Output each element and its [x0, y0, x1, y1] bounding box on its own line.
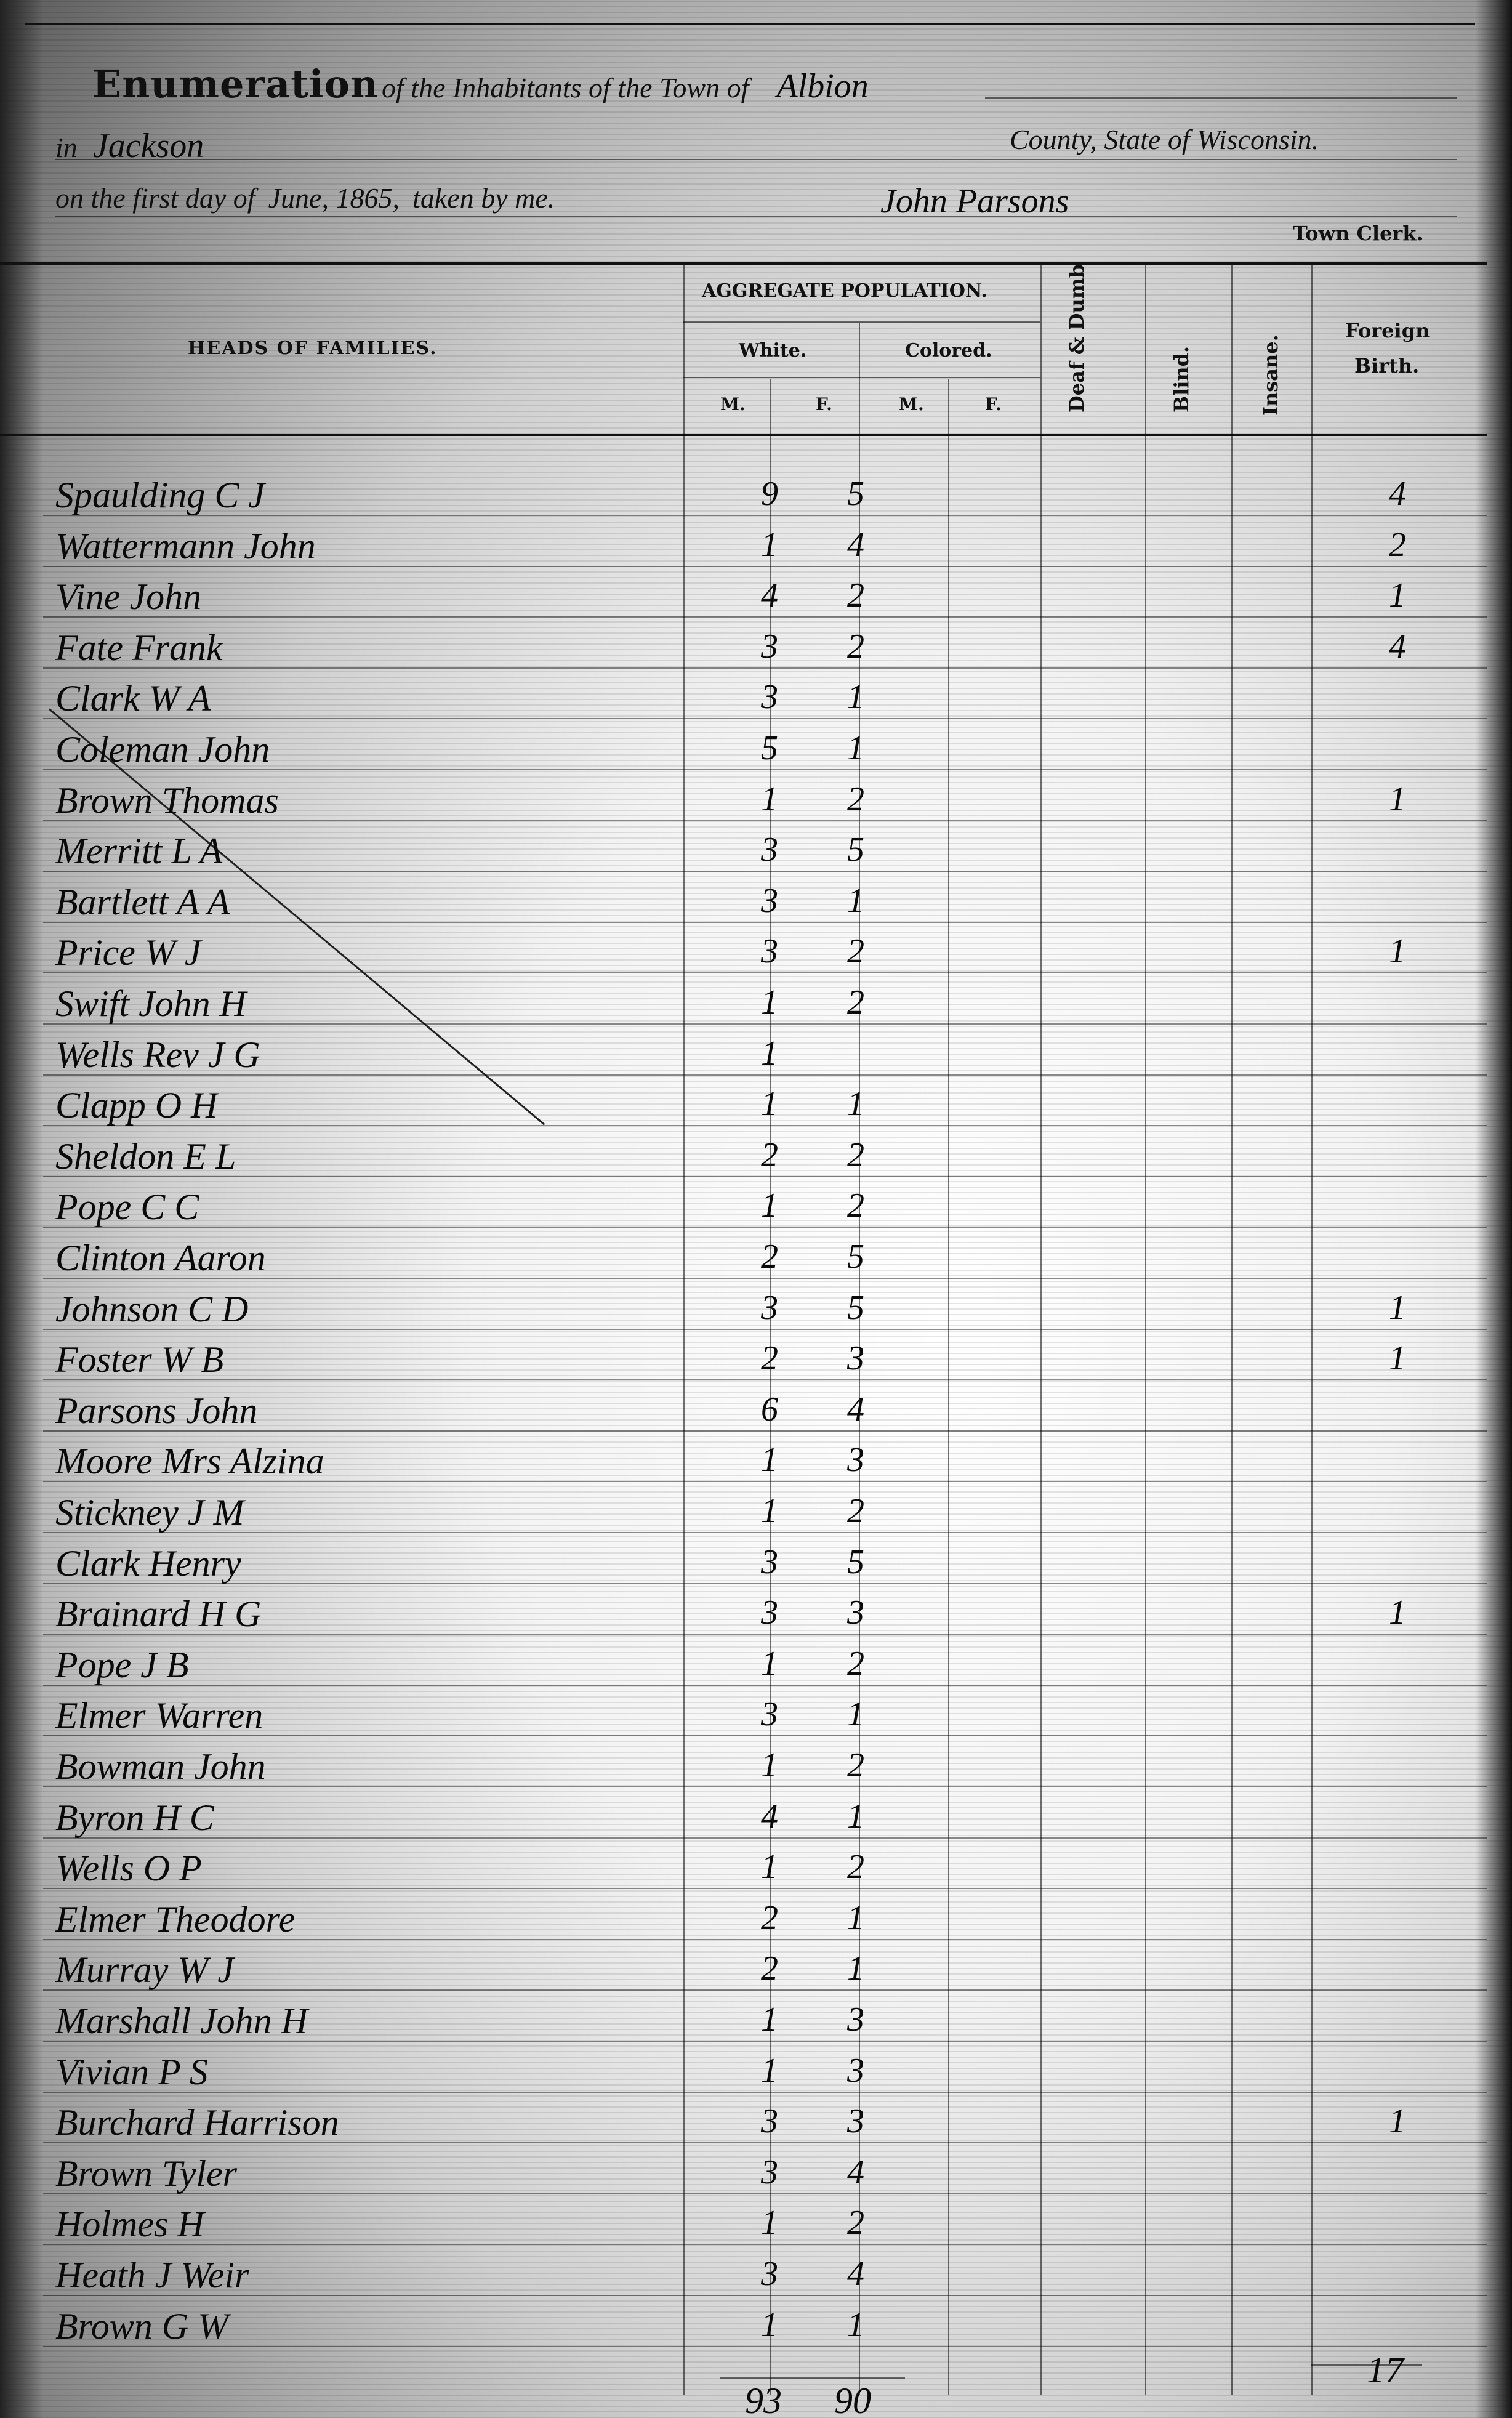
row-rule [43, 566, 1487, 567]
table-row: Price W J321 [0, 932, 1512, 973]
title-line: Enumeration of the Inhabitants of the To… [92, 62, 869, 107]
town-underline [985, 97, 1457, 99]
white-male-count: 2 [751, 1898, 788, 1938]
white-female-count: 2 [837, 1491, 874, 1531]
row-rule [43, 1634, 1487, 1635]
row-rule [43, 1379, 1487, 1380]
row-rule [43, 1329, 1487, 1330]
date-underline [55, 216, 1457, 217]
table-row: Clapp O H11 [0, 1084, 1512, 1126]
white-male-count: 1 [751, 1186, 788, 1225]
taken-by-label: taken by me. [412, 182, 555, 214]
white-female-count: 5 [837, 1237, 874, 1276]
white-male-count: 3 [751, 2153, 788, 2192]
white-male-count: 3 [751, 830, 788, 869]
white-male-count: 1 [751, 780, 788, 819]
colored-f-header: F. [985, 394, 1002, 414]
white-female-count: 1 [837, 728, 874, 768]
foreign-birth-count: 1 [1379, 1288, 1416, 1328]
date-prefix: on the first day of [55, 182, 255, 214]
table-row: Brown G W11 [0, 2305, 1512, 2347]
head-of-family-name: Elmer Theodore [55, 1898, 295, 1941]
row-rule [43, 2346, 1487, 2347]
head-of-family-name: Murray W J [55, 1949, 234, 1991]
row-rule [43, 616, 1487, 618]
table-row: Vine John421 [0, 576, 1512, 618]
head-of-family-name: Coleman John [55, 728, 270, 771]
table-row: Heath J Weir34 [0, 2254, 1512, 2296]
white-male-count: 1 [751, 1644, 788, 1683]
table-row: Merritt L A35 [0, 830, 1512, 872]
deaf-dumb-header: Deaf & Dumb [1065, 264, 1088, 413]
white-female-count: 2 [837, 983, 874, 1022]
row-rule [43, 2193, 1487, 2194]
table-row: Swift John H12 [0, 983, 1512, 1025]
white-male-count: 1 [751, 2203, 788, 2243]
head-of-family-name: Moore Mrs Alzina [55, 1440, 324, 1483]
head-of-family-name: Sheldon E L [55, 1135, 236, 1178]
foreign-birth-count: 1 [1379, 932, 1416, 971]
aggregate-population-header: AGGREGATE POPULATION. [702, 280, 987, 302]
foreign-birth-header-1: Foreign [1345, 319, 1430, 342]
table-row: Marshall John H13 [0, 2000, 1512, 2042]
foreign-birth-header-2: Birth. [1354, 354, 1419, 377]
white-female-count: 4 [837, 2153, 874, 2192]
head-of-family-name: Bartlett A A [55, 881, 230, 924]
table-row: Brown Thomas121 [0, 780, 1512, 821]
date-line: on the first day of June, 1865, taken by… [55, 182, 555, 214]
head-of-family-name: Pope C C [55, 1186, 199, 1228]
table-row: Elmer Theodore21 [0, 1898, 1512, 1940]
head-of-family-name: Price W J [55, 932, 201, 974]
table-top-rule [0, 262, 1487, 265]
row-rule [43, 1176, 1487, 1177]
table-row: Clark Henry35 [0, 1542, 1512, 1584]
white-female-count: 5 [837, 1288, 874, 1328]
table-row: Brainard H G331 [0, 1593, 1512, 1635]
white-female-count: 1 [837, 1797, 874, 1836]
white-female-count: 5 [837, 1542, 874, 1582]
table-row: Johnson C D351 [0, 1288, 1512, 1330]
row-rule [43, 972, 1487, 973]
head-of-family-name: Marshall John H [55, 2000, 308, 2042]
table-row: Clinton Aaron25 [0, 1237, 1512, 1279]
colored-header: Colored. [905, 340, 992, 361]
white-male-count: 2 [751, 1339, 788, 1378]
table-row: Bartlett A A31 [0, 881, 1512, 923]
heads-of-families-header: HEADS OF FAMILIES. [188, 337, 438, 359]
census-sheet: Enumeration of the Inhabitants of the To… [0, 0, 1512, 2418]
row-rule [43, 1532, 1487, 1533]
foreign-birth-count: 4 [1379, 474, 1416, 514]
white-female-count: 1 [837, 677, 874, 717]
row-rule [43, 667, 1487, 669]
row-rule [43, 922, 1487, 923]
white-female-count: 2 [837, 1644, 874, 1683]
white-male-count: 1 [751, 1491, 788, 1531]
head-of-family-name: Spaulding C J [55, 474, 265, 517]
head-of-family-name: Foster W B [55, 1339, 223, 1381]
table-row: Pope J B12 [0, 1644, 1512, 1686]
foreign-birth-count: 4 [1379, 627, 1416, 666]
white-male-count: 1 [751, 1847, 788, 1887]
row-rule [43, 1685, 1487, 1686]
white-header: White. [739, 340, 806, 361]
white-male-count: 4 [751, 1797, 788, 1836]
table-row: Wells O P12 [0, 1847, 1512, 1889]
head-of-family-name: Brown Tyler [55, 2153, 237, 2195]
foreign-birth-count: 1 [1379, 1339, 1416, 1378]
head-of-family-name: Johnson C D [55, 1288, 248, 1331]
table-row: Brown Tyler34 [0, 2153, 1512, 2194]
white-male-count: 3 [751, 932, 788, 971]
white-male-count: 3 [751, 2102, 788, 2141]
head-of-family-name: Merritt L A [55, 830, 222, 872]
row-rule [43, 2295, 1487, 2296]
white-male-count: 2 [751, 1237, 788, 1276]
white-male-count: 3 [751, 1695, 788, 1734]
white-male-count: 3 [751, 677, 788, 717]
row-rule [43, 820, 1487, 821]
colored-m-header: M. [899, 394, 924, 414]
white-male-count: 3 [751, 1542, 788, 1582]
white-male-count: 1 [751, 2305, 788, 2345]
form-title-rest: of the Inhabitants of the Town of [382, 72, 749, 103]
white-male-count: 1 [751, 2000, 788, 2039]
head-of-family-name: Clinton Aaron [55, 1237, 266, 1280]
row-rule [43, 1735, 1487, 1736]
white-female-count: 1 [837, 1695, 874, 1734]
white-male-count: 1 [751, 1746, 788, 1785]
town-name: Albion [776, 67, 868, 105]
form-title-word: Enumeration [92, 62, 379, 107]
white-female-count: 2 [837, 2203, 874, 2243]
row-rule [43, 1278, 1487, 1279]
white-male-count: 1 [751, 983, 788, 1022]
head-of-family-name: Brainard H G [55, 1593, 261, 1635]
row-rule [43, 1125, 1487, 1126]
table-row: Pope C C12 [0, 1186, 1512, 1228]
white-female-count: 3 [837, 1339, 874, 1378]
row-rule [43, 1023, 1487, 1025]
head-of-family-name: Stickney J M [55, 1491, 244, 1534]
white-male-count: 3 [751, 2254, 788, 2294]
white-female-count: 4 [837, 2254, 874, 2294]
row-rule [43, 1888, 1487, 1889]
head-of-family-name: Brown Thomas [55, 780, 279, 822]
white-female-count: 2 [837, 576, 874, 615]
head-of-family-name: Bowman John [55, 1746, 266, 1788]
white-female-count: 1 [837, 1084, 874, 1124]
table-row: Holmes H12 [0, 2203, 1512, 2245]
head-of-family-name: Clark Henry [55, 1542, 241, 1585]
totals-rule [720, 2377, 905, 2379]
county-state-label: County, State of Wisconsin. [1010, 123, 1319, 156]
row-rule [43, 1989, 1487, 1991]
row-rule [43, 2142, 1487, 2143]
row-rule [43, 871, 1487, 872]
total-white-male: 93 [745, 2380, 782, 2418]
table-row: Bowman John12 [0, 1746, 1512, 1787]
white-female-count: 5 [837, 474, 874, 514]
table-row: Wattermann John142 [0, 525, 1512, 567]
row-rule [43, 1227, 1487, 1228]
white-female-count: 2 [837, 780, 874, 819]
table-row: Burchard Harrison331 [0, 2102, 1512, 2143]
county-underline [55, 159, 1457, 160]
white-male-count: 1 [751, 2051, 788, 2090]
row-rule [43, 1939, 1487, 1940]
table-row: Fate Frank324 [0, 627, 1512, 669]
row-rule [43, 1786, 1487, 1787]
clerk-title: Town Clerk. [1293, 222, 1423, 245]
head-of-family-name: Burchard Harrison [55, 2102, 339, 2144]
white-male-count: 5 [751, 728, 788, 768]
white-male-count: 1 [751, 1440, 788, 1480]
table-row: Wells Rev J G1 [0, 1034, 1512, 1076]
head-of-family-name: Brown G W [55, 2305, 228, 2348]
white-female-count: 3 [837, 2102, 874, 2141]
head-of-family-name: Byron H C [55, 1797, 214, 1839]
white-female-count: 1 [837, 1949, 874, 1988]
head-of-family-name: Wells Rev J G [55, 1034, 260, 1076]
white-male-count: 6 [751, 1390, 788, 1429]
row-rule [43, 769, 1487, 770]
white-female-count: 2 [837, 627, 874, 666]
date-value: June, 1865, [268, 182, 400, 214]
table-row: Clark W A31 [0, 677, 1512, 719]
aggregate-underline [683, 321, 1040, 323]
head-of-family-name: Wells O P [55, 1847, 202, 1890]
table-row: Moore Mrs Alzina13 [0, 1440, 1512, 1482]
head-of-family-name: Parsons John [55, 1390, 257, 1432]
blind-header: Blind. [1170, 346, 1193, 413]
head-of-family-name: Fate Frank [55, 627, 223, 669]
white-m-header: M. [720, 394, 746, 414]
white-female-count: 1 [837, 2305, 874, 2345]
white-female-count: 3 [837, 1440, 874, 1480]
table-row: Foster W B231 [0, 1339, 1512, 1380]
head-of-family-name: Elmer Warren [55, 1695, 263, 1737]
head-of-family-name: Vivian P S [55, 2051, 208, 2094]
total-foreign-birth: 17 [1367, 2349, 1404, 2392]
white-female-count: 2 [837, 1135, 874, 1175]
row-rule [43, 718, 1487, 719]
white-male-count: 3 [751, 1593, 788, 1632]
row-rule [43, 1430, 1487, 1432]
total-white-female: 90 [834, 2380, 871, 2418]
white-female-count: 1 [837, 881, 874, 921]
top-rule [25, 23, 1475, 25]
table-row: Vivian P S13 [0, 2051, 1512, 2093]
white-female-count: 1 [837, 1898, 874, 1938]
white-male-count: 2 [751, 1949, 788, 1988]
row-rule [43, 1837, 1487, 1839]
row-rule [43, 1074, 1487, 1076]
white-male-count: 3 [751, 627, 788, 666]
white-male-count: 4 [751, 576, 788, 615]
head-of-family-name: Clark W A [55, 677, 211, 720]
head-of-family-name: Heath J Weir [55, 2254, 249, 2297]
foreign-birth-count: 2 [1379, 525, 1416, 565]
head-of-family-name: Clapp O H [55, 1084, 217, 1127]
table-row: Byron H C41 [0, 1797, 1512, 1839]
table-header-bottom-rule [0, 434, 1487, 436]
row-rule [43, 1481, 1487, 1482]
head-of-family-name: Pope J B [55, 1644, 189, 1687]
table-row: Elmer Warren31 [0, 1695, 1512, 1736]
table-row: Spaulding C J954 [0, 474, 1512, 516]
table-row: Coleman John51 [0, 728, 1512, 770]
row-rule [43, 2092, 1487, 2093]
white-female-count: 2 [837, 1186, 874, 1225]
white-colored-underline [683, 377, 1040, 378]
white-female-count: 5 [837, 830, 874, 869]
foreign-birth-count: 1 [1379, 1593, 1416, 1632]
table-row: Stickney J M12 [0, 1491, 1512, 1533]
foreign-birth-count: 1 [1379, 576, 1416, 615]
white-female-count: 2 [837, 1847, 874, 1887]
head-of-family-name: Vine John [55, 576, 201, 618]
white-female-count: 4 [837, 1390, 874, 1429]
white-female-count: 2 [837, 1746, 874, 1785]
white-male-count: 9 [751, 474, 788, 514]
white-f-header: F. [816, 394, 832, 414]
table-row: Parsons John64 [0, 1390, 1512, 1432]
white-male-count: 2 [751, 1135, 788, 1175]
white-male-count: 1 [751, 1084, 788, 1124]
head-of-family-name: Holmes H [55, 2203, 204, 2246]
row-rule [43, 515, 1487, 516]
white-female-count: 2 [837, 932, 874, 971]
white-female-count: 3 [837, 2000, 874, 2039]
table-row: Murray W J21 [0, 1949, 1512, 1991]
row-rule [43, 2244, 1487, 2245]
white-male-count: 3 [751, 1288, 788, 1328]
white-female-count: 3 [837, 2051, 874, 2090]
white-female-count: 3 [837, 1593, 874, 1632]
foreign-birth-count: 1 [1379, 2102, 1416, 2141]
white-male-count: 3 [751, 881, 788, 921]
table-row: Sheldon E L22 [0, 1135, 1512, 1177]
white-male-count: 1 [751, 1034, 788, 1073]
foreign-birth-count: 1 [1379, 780, 1416, 819]
head-of-family-name: Wattermann John [55, 525, 316, 568]
insane-header: Insane. [1259, 334, 1282, 416]
white-male-count: 1 [751, 525, 788, 565]
white-female-count: 4 [837, 525, 874, 565]
row-rule [43, 1583, 1487, 1584]
row-rule [43, 2041, 1487, 2042]
head-of-family-name: Swift John H [55, 983, 246, 1025]
